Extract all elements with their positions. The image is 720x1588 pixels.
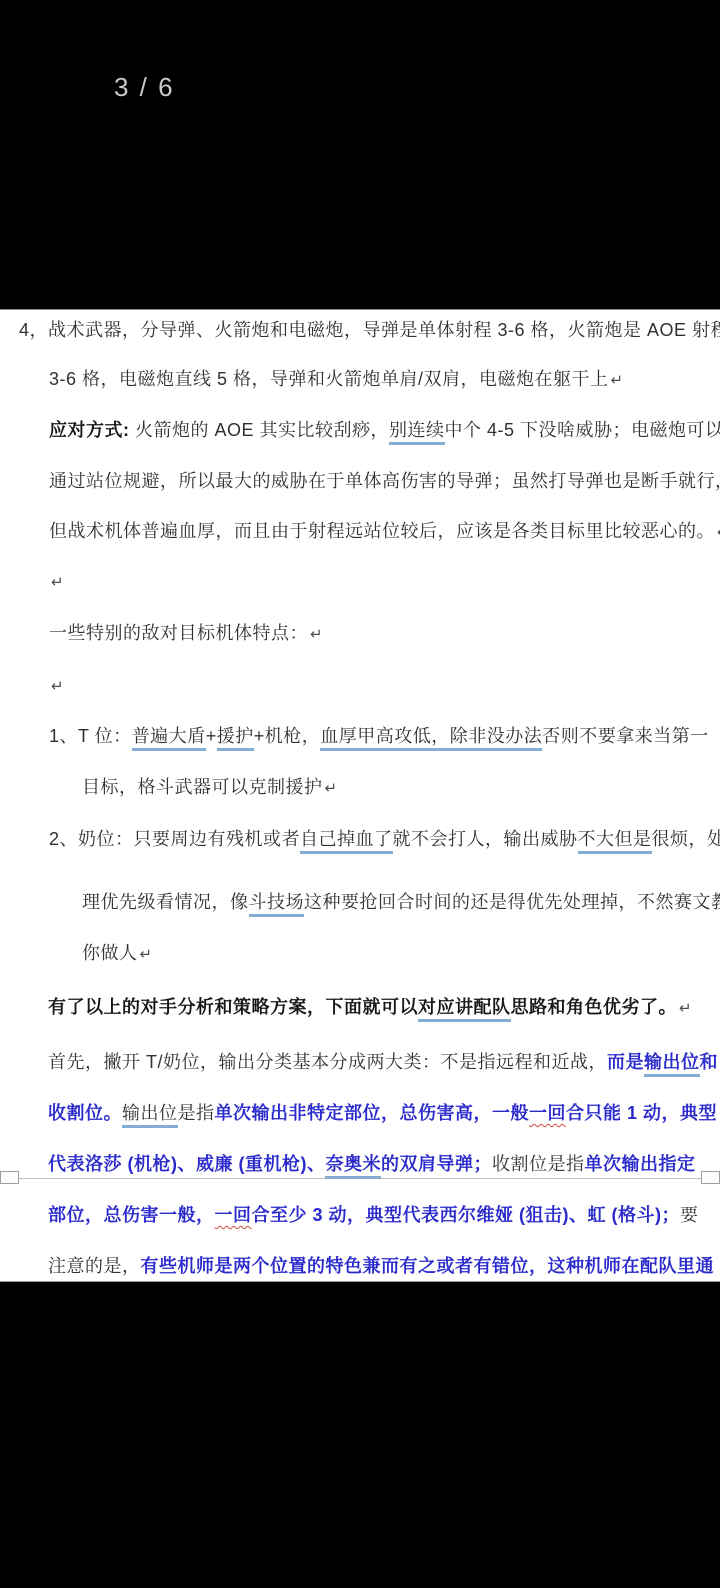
- text-line: 目标，格斗武器可以克制援护↵: [82, 775, 338, 801]
- text-line: 3-6 格，电磁炮直线 5 格，导弹和火箭炮单肩/双肩，电磁炮在躯干上↵: [49, 367, 624, 393]
- text-segment: 输出位: [122, 1103, 178, 1126]
- text-segment: 注意的是，: [48, 1256, 141, 1276]
- page-indicator: 3 / 6: [114, 72, 175, 103]
- text-segment: 通过站位规避，所以最大的威胁在于单体高伤害的导弹；虽然打导弹也是断手就行，: [49, 471, 720, 491]
- text-segment: 中个 4-5 下没啥威胁；电磁炮可以: [445, 420, 720, 440]
- margin-marker-left: [0, 1171, 19, 1184]
- text-segment: 部位，总伤害一般，: [48, 1205, 215, 1225]
- margin-marker-right: [701, 1171, 720, 1184]
- text-segment: 要: [680, 1205, 699, 1225]
- text-line: 你做人↵: [82, 941, 153, 967]
- text-line: 应对方式: 火箭炮的 AOE 其实比较刮痧，别连续中个 4-5 下没啥威胁；电磁…: [49, 418, 720, 442]
- pilcrow-mark: ↵: [677, 1000, 692, 1017]
- text-segment: 对应讲配队: [418, 997, 511, 1020]
- text-segment: 你做人: [82, 943, 138, 963]
- text-segment: 和: [700, 1052, 719, 1072]
- text-segment: 代表洛莎 (机枪)、威廉 (重机枪)、: [48, 1154, 325, 1174]
- text-segment: 单次输出指定: [584, 1154, 695, 1174]
- text-segment: 合至少 3 动，典型代表西尔维娅 (狙击)、虹 (格斗)；: [252, 1205, 681, 1225]
- document-page[interactable]: 4，战术武器，分导弹、火箭炮和电磁炮，导弹是单体射程 3-6 格，火箭炮是 AO…: [0, 309, 720, 1282]
- text-segment: 一回: [215, 1205, 252, 1225]
- text-line: 4，战术武器，分导弹、火箭炮和电磁炮，导弹是单体射程 3-6 格，火箭炮是 AO…: [19, 318, 720, 342]
- pilcrow-mark: ↵: [715, 524, 720, 541]
- app-background: { "page_indicator": "3 / 6", "colors": {…: [0, 0, 720, 1588]
- text-segment: 很烦，处: [652, 829, 720, 849]
- text-line: ↵: [49, 569, 64, 595]
- text-segment: 别连续: [389, 420, 445, 443]
- text-segment: 应对方式:: [49, 420, 130, 440]
- text-segment: +: [206, 726, 217, 746]
- text-line: ↵: [49, 673, 64, 699]
- text-segment: 2、奶位：只要周边有残机或者: [49, 829, 300, 849]
- text-line: 有了以上的对手分析和策略方案，下面就可以对应讲配队思路和角色优劣了。↵: [48, 995, 692, 1021]
- text-segment: 1、T 位：: [49, 726, 132, 746]
- text-segment: 这种要抢回合时间的还是得优先处理掉，不然赛文教: [304, 892, 720, 912]
- text-segment: 斗技场: [249, 892, 305, 915]
- text-segment: 是指: [178, 1103, 215, 1123]
- text-segment: 首先，撇开 T/奶位，输出分类基本分成两大类：不是指远程和近战，: [48, 1052, 607, 1072]
- pilcrow-mark: ↵: [609, 372, 624, 389]
- text-line: 首先，撇开 T/奶位，输出分类基本分成两大类：不是指远程和近战，而是输出位和: [48, 1050, 718, 1074]
- text-segment: 一般: [492, 1103, 529, 1123]
- text-line: 收割位。输出位是指单次输出非特定部位，总伤害高，一般一回合只能 1 动，典型: [48, 1101, 717, 1125]
- text-segment: 普遍大盾: [132, 726, 206, 749]
- text-segment: 收割位是指: [492, 1154, 585, 1174]
- text-line: 部位，总伤害一般，一回合至少 3 动，典型代表西尔维娅 (狙击)、虹 (格斗)；…: [48, 1203, 699, 1227]
- pilcrow-mark: ↵: [138, 946, 153, 963]
- text-segment: 援护: [217, 726, 254, 749]
- text-segment: 否则不要拿来当第一: [542, 726, 709, 746]
- text-segment: 合只能 1 动，典型: [566, 1103, 717, 1123]
- text-segment: 不大但是: [578, 829, 652, 852]
- text-segment: 单次输出非特定部位，总伤害高，: [215, 1103, 493, 1123]
- text-segment: 目标，格斗武器可以克制援护: [82, 777, 323, 797]
- text-line: 理优先级看情况，像斗技场这种要抢回合时间的还是得优先处理掉，不然赛文教: [82, 890, 720, 914]
- page-boundary-line: [0, 1178, 720, 1179]
- pilcrow-mark: ↵: [308, 626, 323, 643]
- text-segment: 理优先级看情况，像: [82, 892, 249, 912]
- text-segment: 有了以上的对手分析和策略方案，下面就可以: [48, 997, 418, 1017]
- text-segment: 4，战术武器，分导弹、火箭炮和电磁炮，导弹是单体射程 3-6 格，火箭炮是 AO…: [19, 320, 720, 340]
- text-line: 一些特别的敌对目标机体特点：↵: [49, 621, 323, 647]
- text-line: 1、T 位：普遍大盾+援护+机枪，血厚甲高攻低，除非没办法否则不要拿来当第一: [49, 724, 709, 748]
- text-line: 代表洛莎 (机枪)、威廉 (重机枪)、奈奥米的双肩导弹；收割位是指单次输出指定: [48, 1152, 695, 1176]
- text-segment: 思路和角色优劣了。: [511, 997, 678, 1017]
- pilcrow-mark: ↵: [49, 574, 64, 591]
- text-segment: 自己掉血了: [300, 829, 393, 852]
- text-segment: 有些机师是两个位置的特色兼而有之或者有错位，这种机师在配队里通: [141, 1256, 715, 1276]
- text-segment: 奈奥米: [325, 1154, 381, 1177]
- text-segment: 就不会打人，输出威胁: [393, 829, 578, 849]
- text-segment: 收割位。: [48, 1103, 122, 1123]
- text-segment: +机枪，: [254, 726, 321, 746]
- text-segment: 输出位: [644, 1052, 700, 1075]
- text-line: 但战术机体普遍血厚，而且由于射程远站位较后，应该是各类目标里比较恶心的。↵: [49, 519, 720, 545]
- pilcrow-mark: ↵: [49, 678, 64, 695]
- pilcrow-mark: ↵: [323, 780, 338, 797]
- text-segment: 3-6 格，电磁炮直线 5 格，导弹和火箭炮单肩/双肩，电磁炮在躯干上: [49, 369, 609, 389]
- text-line: 通过站位规避，所以最大的威胁在于单体高伤害的导弹；虽然打导弹也是断手就行，: [49, 469, 720, 493]
- text-line: 2、奶位：只要周边有残机或者自己掉血了就不会打人，输出威胁不大但是很烦，处: [49, 827, 720, 851]
- text-line: 注意的是，有些机师是两个位置的特色兼而有之或者有错位，这种机师在配队里通: [48, 1254, 714, 1278]
- text-segment: 但战术机体普遍血厚，而且由于射程远站位较后，应该是各类目标里比较恶心的。: [49, 521, 715, 541]
- text-segment: 而是: [607, 1052, 644, 1072]
- text-segment: 血厚甲高攻低，除非没办法: [320, 726, 542, 749]
- text-segment: 的双肩导弹；: [381, 1154, 492, 1174]
- text-segment: 火箭炮的 AOE 其实比较刮痧，: [130, 420, 390, 440]
- text-segment: 一回: [529, 1103, 566, 1123]
- text-segment: 一些特别的敌对目标机体特点：: [49, 623, 308, 643]
